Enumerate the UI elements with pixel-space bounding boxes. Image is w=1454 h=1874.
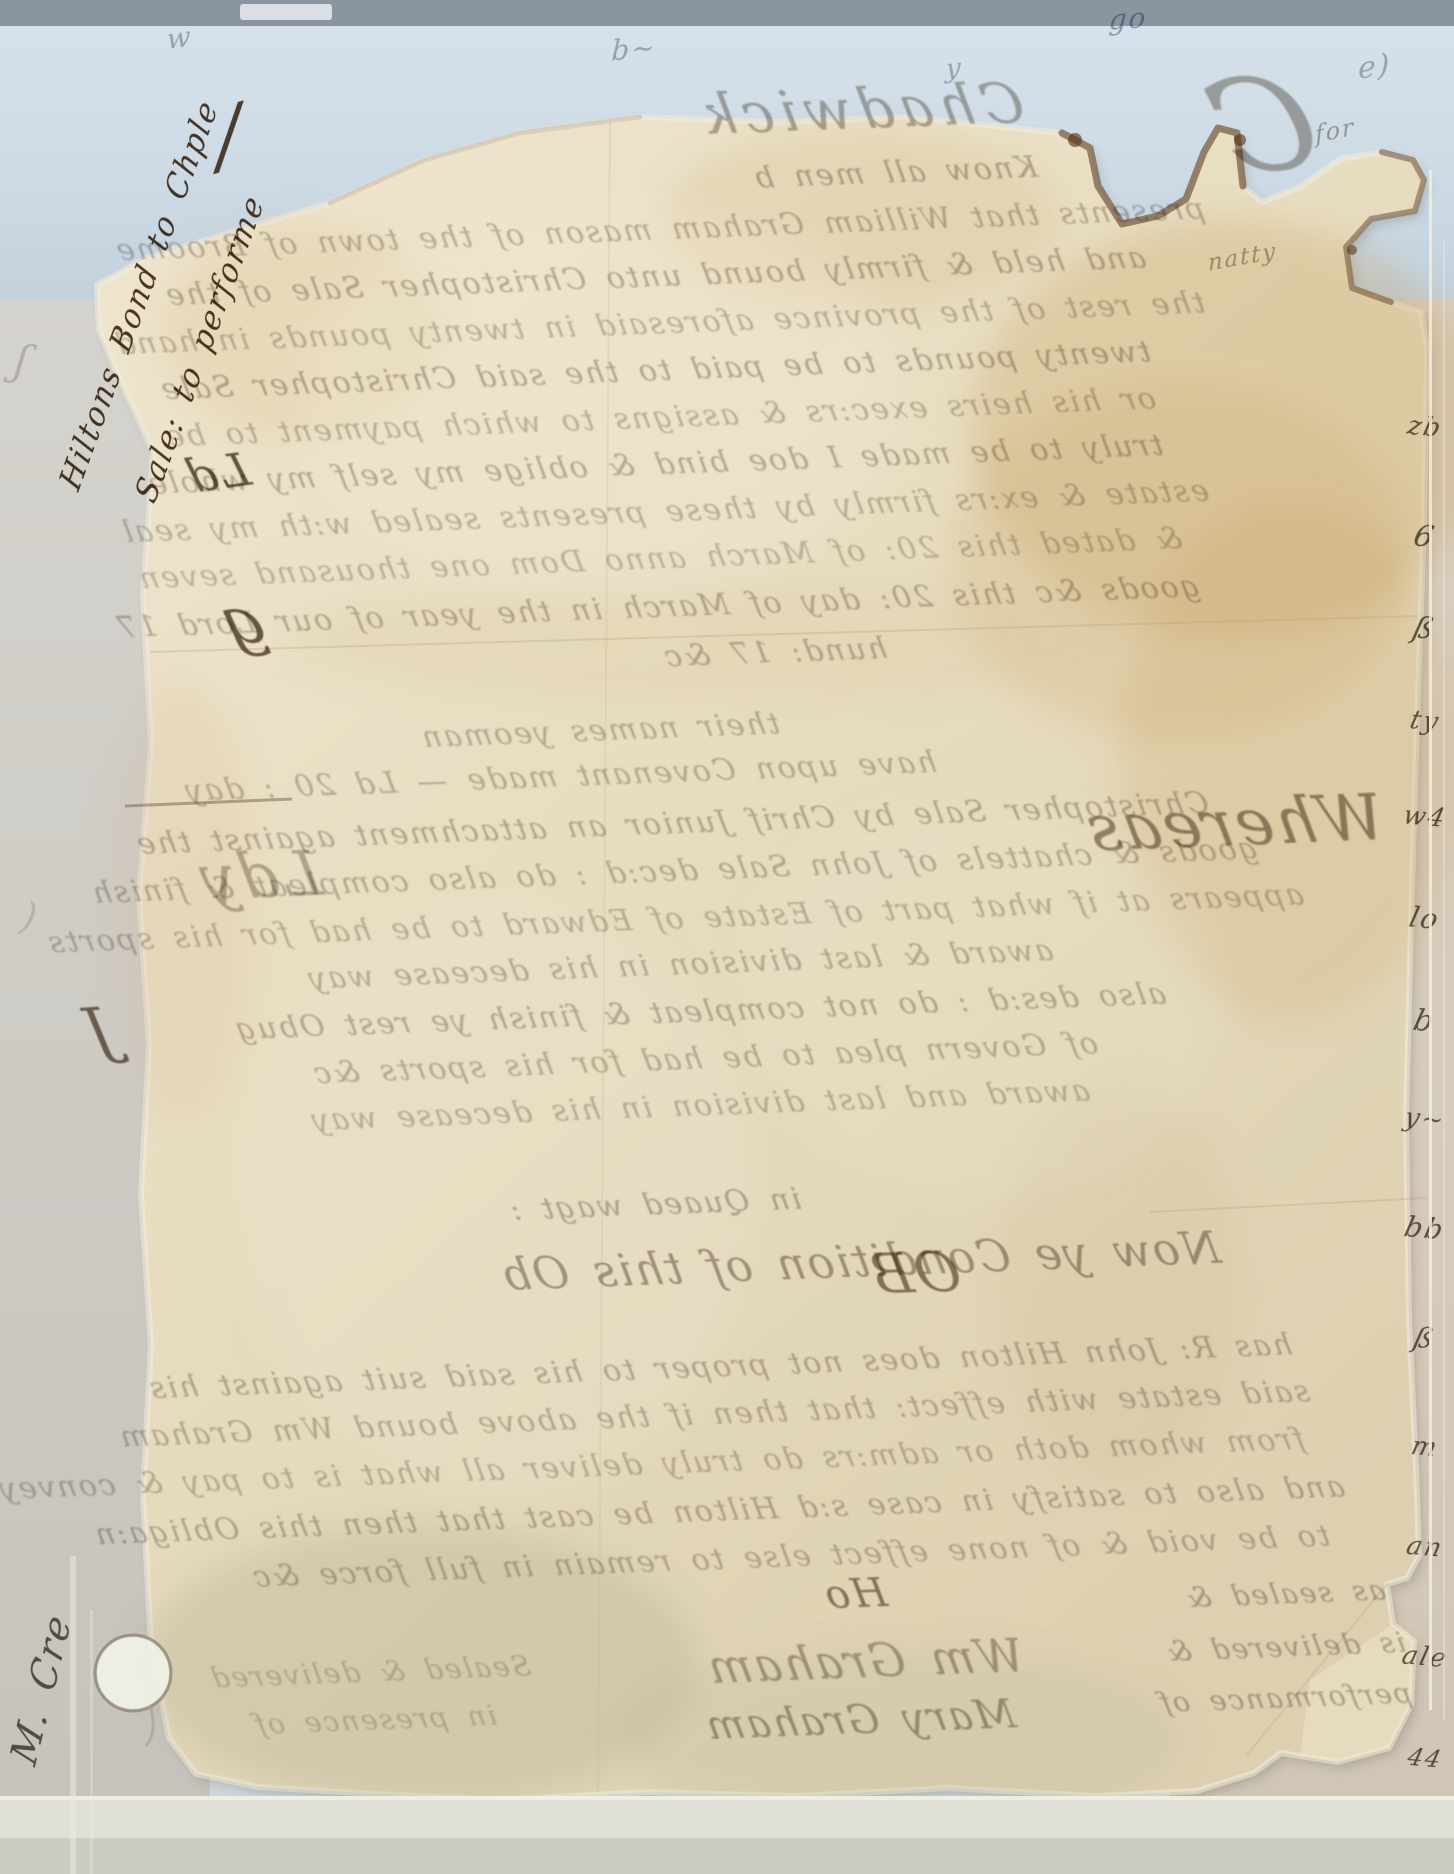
manuscript-photo: ChadwickCKnow all men bpresents that Wil… <box>0 0 1454 1874</box>
sleeve-strip-2 <box>0 1838 1454 1874</box>
sleeve-edge-right-2 <box>1443 240 1445 1720</box>
sleeve-edge-right-1 <box>1429 170 1432 1710</box>
seal-hole <box>95 1635 171 1746</box>
sleeve-strip-1 <box>0 1800 1454 1838</box>
paper-sheet <box>0 0 1454 1874</box>
sleeve-edge-left-1 <box>70 1556 76 1874</box>
sleeve-edge-left-2 <box>90 1610 93 1874</box>
